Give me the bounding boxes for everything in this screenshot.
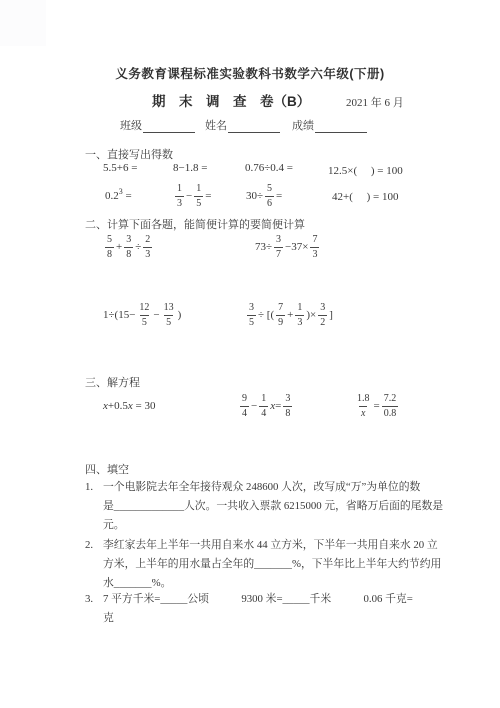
question-line: 7 平方千米=_____公顷 9300 米=_____千米 0.06 千克= [103, 590, 435, 609]
exam-subtitle: 期 末 调 查 卷（B） [152, 90, 310, 110]
oral-problem-7: 30÷56= [246, 180, 282, 212]
item-number: 1. [85, 478, 103, 535]
calc-problem-2: 73÷37−37×73 [255, 230, 321, 264]
item-number: 2. [85, 536, 103, 593]
exam-title: 义务教育课程标准实验教科书数学六年级(下册) [0, 64, 500, 82]
field-class: 班级 [120, 117, 195, 133]
oral-problem-6: 13−15= [173, 180, 211, 212]
question-line: 李红家去年上半年一共用自来水 44 立方米，下半年一共用自来水 20 立 [103, 536, 441, 555]
oral-problem-8: 42+( ) = 100 [332, 180, 398, 212]
oral-problem-5: 0.23 = [105, 180, 132, 212]
oral-problem-4: 12.5×( ) = 100 [328, 162, 403, 178]
calc-problem-4: 35÷ [(79+13)×32] [245, 298, 333, 332]
item-text: 7 平方千米=_____公顷 9300 米=_____千米 0.06 千克= 克 [103, 590, 435, 628]
item-text: 一个电影院去年全年接待观众 248600 人次，改写成“万”为单位的数 是___… [103, 478, 443, 535]
oral-problem-2: 8−1.8 = [173, 162, 207, 174]
oral-problem-1: 5.5+6 = [103, 162, 137, 174]
item-text: 李红家去年上半年一共用自来水 44 立方米，下半年一共用自来水 20 立 方米，… [103, 536, 441, 593]
equation-2: 94−14x=38 [238, 390, 294, 422]
question-line: 是_____________人次。一共收入票款 6215000 元，省略万后面的… [103, 497, 443, 516]
question-line: 克 [103, 609, 435, 628]
fraction: 73 [310, 235, 319, 260]
section-one-header: 一、直接写出得数 [85, 146, 173, 162]
fraction: 125 [137, 303, 151, 328]
question-line: 元。 [103, 516, 443, 535]
oral-problem-3: 0.76÷0.4 = [245, 162, 293, 174]
fraction: 79 [276, 303, 285, 328]
exam-paper-page: 义务教育课程标准实验教科书数学六年级(下册) 期 末 调 查 卷（B） 2021… [0, 0, 500, 708]
fraction: 15 [194, 184, 203, 209]
fraction: 38 [283, 394, 292, 419]
fraction: 32 [318, 303, 327, 328]
calc-problem-3: 1÷(15−125−135) [103, 298, 181, 332]
fraction: 37 [274, 235, 283, 260]
fraction: 7.20.8 [382, 394, 399, 419]
fraction: 94 [240, 394, 249, 419]
exam-date: 2021 年 6 月 [346, 94, 404, 110]
fraction: 35 [247, 303, 256, 328]
fill-blank-item-1: 1. 一个电影院去年全年接待观众 248600 人次，改写成“万”为单位的数 是… [85, 478, 435, 535]
fraction: 135 [162, 303, 176, 328]
field-score-blank-line [315, 119, 367, 133]
fill-blank-item-3: 3. 7 平方千米=_____公顷 9300 米=_____千米 0.06 千克… [85, 590, 435, 628]
fraction: 13 [295, 303, 304, 328]
field-name-label: 姓名 [205, 117, 227, 133]
equation-1: x+0.5x = 30 [103, 390, 155, 422]
equation-3: 1.8x=7.20.8 [353, 390, 400, 422]
fraction: 38 [124, 235, 133, 260]
field-score: 成绩 [292, 117, 367, 133]
field-class-label: 班级 [120, 117, 142, 133]
section-four-header: 四、填空 [85, 461, 129, 477]
fraction: 14 [259, 394, 268, 419]
fraction: 58 [105, 235, 114, 260]
question-line: 一个电影院去年全年接待观众 248600 人次，改写成“万”为单位的数 [103, 478, 443, 497]
fraction: 23 [143, 235, 152, 260]
fraction: 13 [175, 184, 184, 209]
calc-problem-1: 58+38÷23 [103, 230, 154, 264]
field-score-label: 成绩 [292, 117, 314, 133]
item-number: 3. [85, 590, 103, 628]
question-line: 方米，上半年的用水量占全年的_______%，下半年比上半年大约节约用 [103, 555, 441, 574]
scan-artifact-corner [0, 0, 46, 46]
field-name: 姓名 [205, 117, 280, 133]
field-class-blank-line [143, 119, 195, 133]
fill-blank-item-2: 2. 李红家去年上半年一共用自来水 44 立方米，下半年一共用自来水 20 立 … [85, 536, 435, 593]
fraction: 56 [265, 184, 274, 209]
fraction: 1.8x [355, 394, 372, 419]
field-name-blank-line [228, 119, 280, 133]
section-three-header: 三、解方程 [85, 374, 140, 390]
